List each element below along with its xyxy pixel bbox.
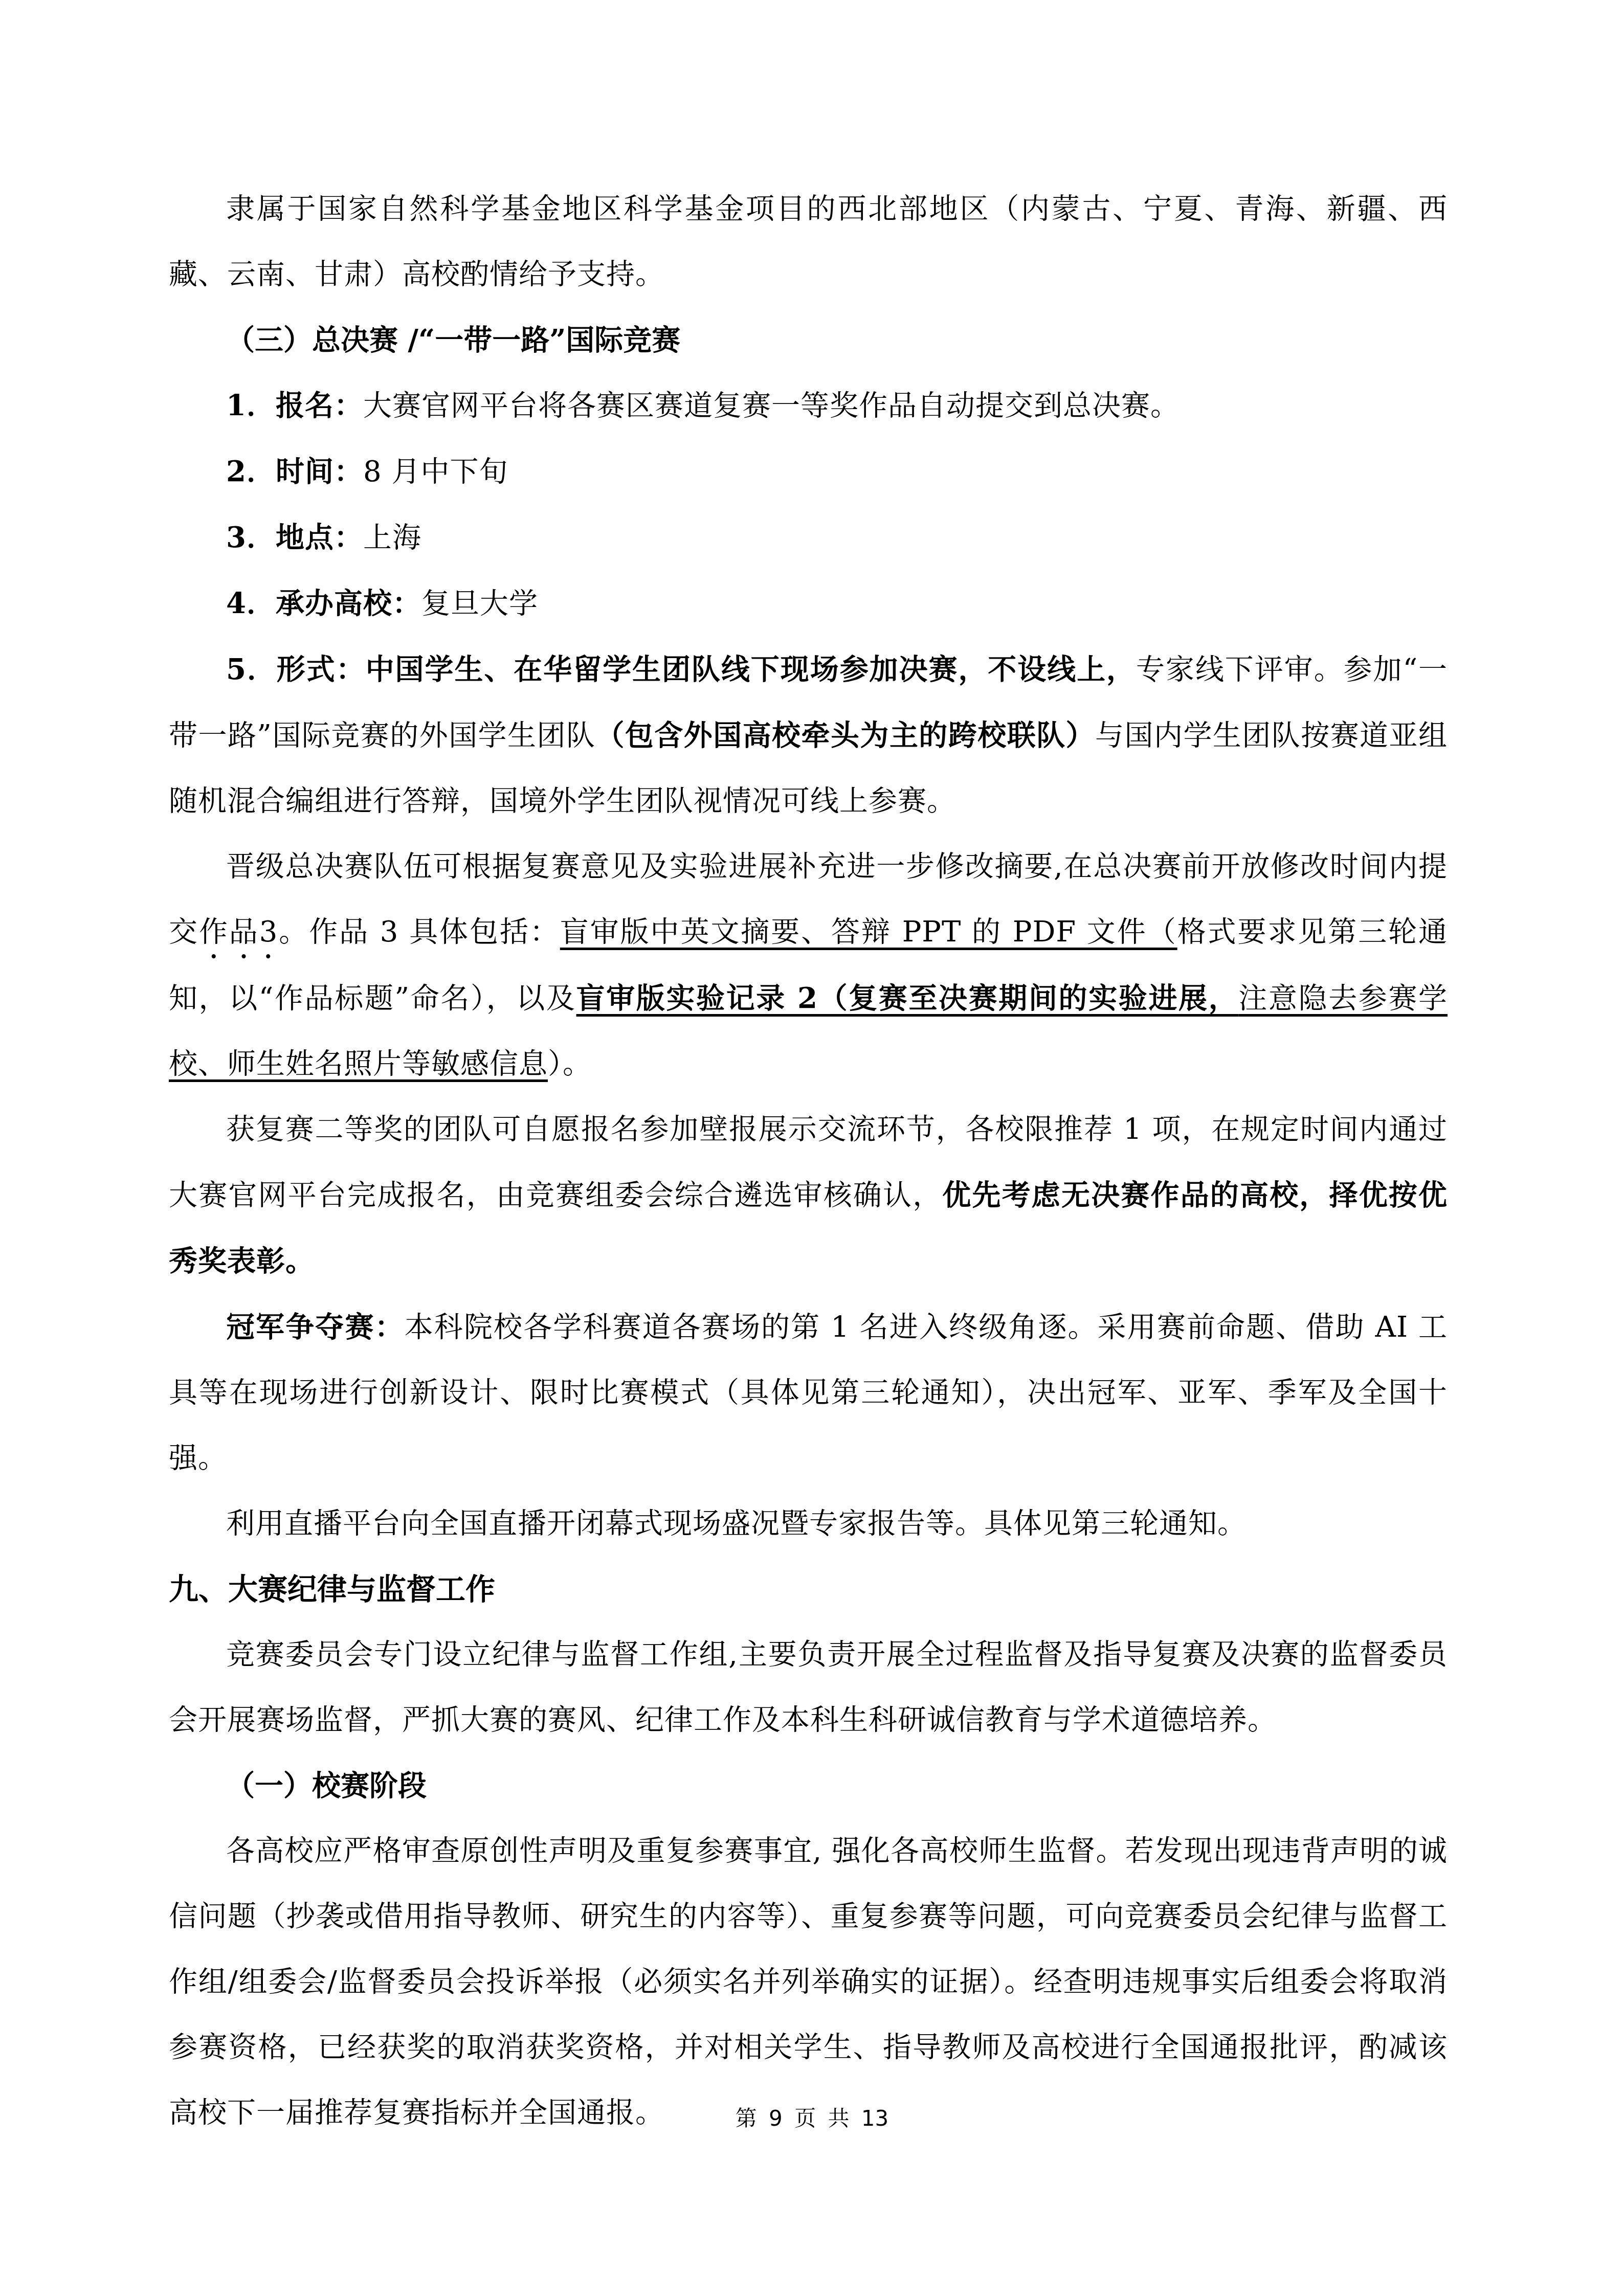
work3-text-4: ）。	[548, 1047, 592, 1081]
broadcast-paragraph: 利用直播平台向全国直播开闭幕式现场盛况暨专家报告等。具体见第三轮通知。	[169, 1491, 1448, 1557]
format-bold-1: 中国学生、在华留学生团队线下现场参加决赛，不设线上，	[366, 652, 1136, 686]
work3-paragraph: 晋级总决赛队伍可根据复赛意见及实验进展补充进一步修改摘要,在总决赛前开放修改时间…	[169, 834, 1448, 1097]
item-label: 3．地点：	[226, 521, 363, 554]
item-label: 2．时间：	[226, 455, 363, 488]
item-label: 4．承办高校：	[226, 587, 421, 620]
section-3-heading: （三）总决赛 /“一带一路”国际竞赛	[169, 307, 1448, 373]
subsection-school-heading: （一）校赛阶段	[169, 1753, 1448, 1818]
section-9-heading: 九、大赛纪律与监督工作	[169, 1557, 1448, 1622]
document-page: 隶属于国家自然科学基金地区科学基金项目的西北部地区（内蒙古、宁夏、青海、新疆、西…	[169, 176, 1448, 2146]
item-location: 3．地点：上海	[169, 505, 1448, 571]
item-text: 8 月中下旬	[363, 455, 508, 488]
item-text: 大赛官网平台将各赛区赛道复赛一等奖作品自动提交到总决赛。	[363, 389, 1180, 422]
intro-paragraph: 隶属于国家自然科学基金地区科学基金项目的西北部地区（内蒙古、宁夏、青海、新疆、西…	[169, 176, 1448, 307]
section-9-intro: 竞赛委员会专门设立纪律与监督工作组,主要负责开展全过程监督及指导复赛及决赛的监督…	[169, 1622, 1448, 1753]
item-time: 2．时间：8 月中下旬	[169, 439, 1448, 505]
item-text: 复旦大学	[421, 587, 538, 620]
item-label: 5．形式：	[226, 652, 366, 686]
item-host: 4．承办高校：复旦大学	[169, 571, 1448, 637]
work3-text-2: 。作品 3 具体包括：	[278, 915, 560, 949]
work3-underline-1: 盲审版中英文摘要、答辩 PPT 的 PDF 文件（	[560, 915, 1177, 949]
champion-paragraph: 冠军争夺赛：本科院校各学科赛道各赛场的第 1 名进入终级角逐。采用赛前命题、借助…	[169, 1294, 1448, 1491]
work3-dotted: 作品3	[199, 915, 278, 949]
item-registration: 1．报名：大赛官网平台将各赛区赛道复赛一等奖作品自动提交到总决赛。	[169, 373, 1448, 439]
item-text: 上海	[363, 521, 421, 554]
champion-label: 冠军争夺赛：	[226, 1310, 405, 1344]
work3-underline-bold: 盲审版实验记录 2（复赛至决赛期间的实验进展，	[576, 981, 1239, 1015]
item-format: 5．形式：中国学生、在华留学生团队线下现场参加决赛，不设线上，专家线下评审。参加…	[169, 637, 1448, 834]
poster-paragraph: 获复赛二等奖的团队可自愿报名参加壁报展示交流环节，各校限推荐 1 项，在规定时间…	[169, 1097, 1448, 1294]
subsection-school-text: 各高校应严格审查原创性声明及重复参赛事宜, 强化各高校师生监督。若发现出现违背声…	[169, 1818, 1448, 2146]
item-label: 1．报名：	[226, 389, 363, 422]
format-bold-2: （包含外国高校牵头为主的跨校联队）	[595, 718, 1095, 752]
page-number-footer: 第 9 页 共 13	[0, 2102, 1624, 2132]
